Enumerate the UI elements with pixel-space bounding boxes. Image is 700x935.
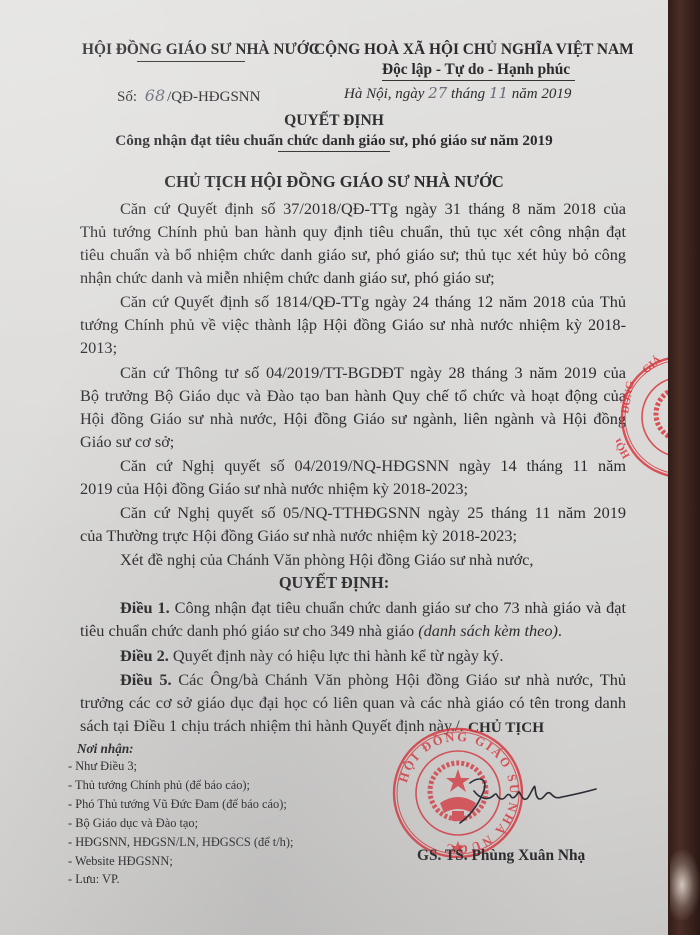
preamble-2-line-3: 2013; (80, 340, 626, 356)
preamble-2-line-1: Căn cứ Quyết định số 1814/QĐ-TTg ngày 24… (120, 294, 626, 310)
decision-section-heading: QUYẾT ĐỊNH: (0, 575, 668, 591)
authority-heading: CHỦ TỊCH HỘI ĐỒNG GIÁO SƯ NHÀ NƯỚC (0, 174, 668, 190)
preamble-3-line-2: Bộ trưởng Bộ Giáo dục và Đào tạo ban hàn… (80, 388, 626, 404)
document-date: Hà Nội, ngày 27 tháng 11 năm 2019 (344, 86, 571, 102)
recipient-item: - Lưu: VP. (68, 873, 120, 885)
light-glare (670, 850, 700, 920)
article-5-line-1: Điều 5. Các Ông/bà Chánh Văn phòng Hội đ… (120, 672, 626, 688)
preamble-1-line-1: Căn cứ Quyết định số 37/2018/QĐ-TTg ngày… (120, 201, 626, 217)
article-5-line-2: trưởng các cơ sở giáo dục đại học có liê… (80, 695, 626, 711)
preamble-1-line-3: tiêu chuẩn và bổ nhiệm chức danh giáo sư… (80, 247, 626, 263)
recipient-item: - Thủ tướng Chính phủ (để báo cáo); (68, 779, 250, 791)
preamble-6-line-1: Xét đề nghị của Chánh Văn phòng Hội đồng… (120, 552, 626, 568)
preamble-4-line-1: Căn cứ Nghị quyết số 04/2019/NQ-HĐGSNN n… (120, 458, 626, 474)
preamble-3-line-3: Hội đồng Giáo sư nhà nước, Hội đồng Giáo… (80, 411, 626, 427)
national-motto: Độc lập - Tự do - Hạnh phúc (382, 62, 570, 77)
subtitle-underline (278, 151, 390, 152)
decision-subtitle: Công nhận đạt tiêu chuẩn chức danh giáo … (0, 133, 668, 148)
handwritten-day: 27 (428, 84, 447, 102)
article-1-line-2: tiêu chuẩn chức danh phó giáo sư cho 349… (80, 623, 626, 639)
issuer-underline (137, 61, 245, 62)
svg-text:ĐỒNG: ĐỒNG (618, 379, 637, 414)
recipients-heading: Nơi nhận: (77, 742, 134, 755)
article-2-line-1: Điều 2. Quyết định này có hiệu lực thi h… (120, 648, 626, 664)
preamble-1-line-2: Thủ tướng Chính phủ ban hành quy định ti… (80, 224, 626, 240)
recipient-item: - Website HĐGSNN; (68, 855, 173, 867)
preamble-5-line-1: Căn cứ Nghị quyết số 05/NQ-TTHĐGSNN ngày… (120, 505, 626, 521)
preamble-3-line-4: Giáo sư cơ sở; (80, 434, 626, 450)
preamble-5-line-2: của Thường trực Hội đồng Giáo sư nhà nướ… (80, 528, 626, 544)
preamble-2-line-2: tướng Chính phủ về việc thành lập Hội đồ… (80, 317, 626, 333)
document-page: HỘI ĐỒNG GIÁO SƯ NHÀ NƯỚC CỘNG HOÀ XÃ HỘ… (0, 0, 668, 935)
document-number: Số: 68/QĐ-HĐGSNN (117, 88, 260, 105)
article-1-line-1: Điều 1. Công nhận đạt tiêu chuẩn chức da… (120, 600, 626, 616)
recipient-item: - Như Điều 3; (68, 760, 137, 772)
svg-text:GIÁ: GIÁ (640, 354, 664, 377)
preamble-3-line-1: Căn cứ Thông tư số 04/2019/TT-BGDĐT ngày… (120, 365, 626, 381)
motto-underline (382, 80, 575, 81)
nation-name: CỘNG HOÀ XÃ HỘI CHỦ NGHĨA VIỆT NAM (314, 42, 634, 57)
recipient-item: - Bộ Giáo dục và Đào tạo; (68, 817, 198, 829)
issuer-name: HỘI ĐỒNG GIÁO SƯ NHÀ NƯỚC (82, 42, 320, 57)
decision-heading: QUYẾT ĐỊNH (0, 113, 668, 129)
recipient-item: - Phó Thủ tướng Vũ Đức Đam (để báo cáo); (68, 798, 287, 810)
preamble-1-line-4: nhận chức danh và miễn nhiệm chức danh g… (80, 270, 626, 286)
handwritten-month: 11 (489, 84, 508, 102)
article-5-line-3: sách tại Điều 1 chịu trách nhiệm thi hàn… (80, 718, 626, 734)
signature-scribble-icon (450, 765, 620, 835)
preamble-4-line-2: 2019 của Hội đồng Giáo sư nhà nước nhiệm… (80, 481, 626, 497)
signatory-name: GS. TS. Phùng Xuân Nhạ (417, 848, 585, 863)
partial-seal-icon: GIÁ ĐỒNG HỘI (616, 352, 668, 482)
handwritten-number: 68 (145, 86, 165, 105)
recipient-item: - HĐGSNN, HĐGSN/LN, HĐGSCS (để t/h); (68, 836, 293, 848)
wood-background (666, 0, 700, 935)
